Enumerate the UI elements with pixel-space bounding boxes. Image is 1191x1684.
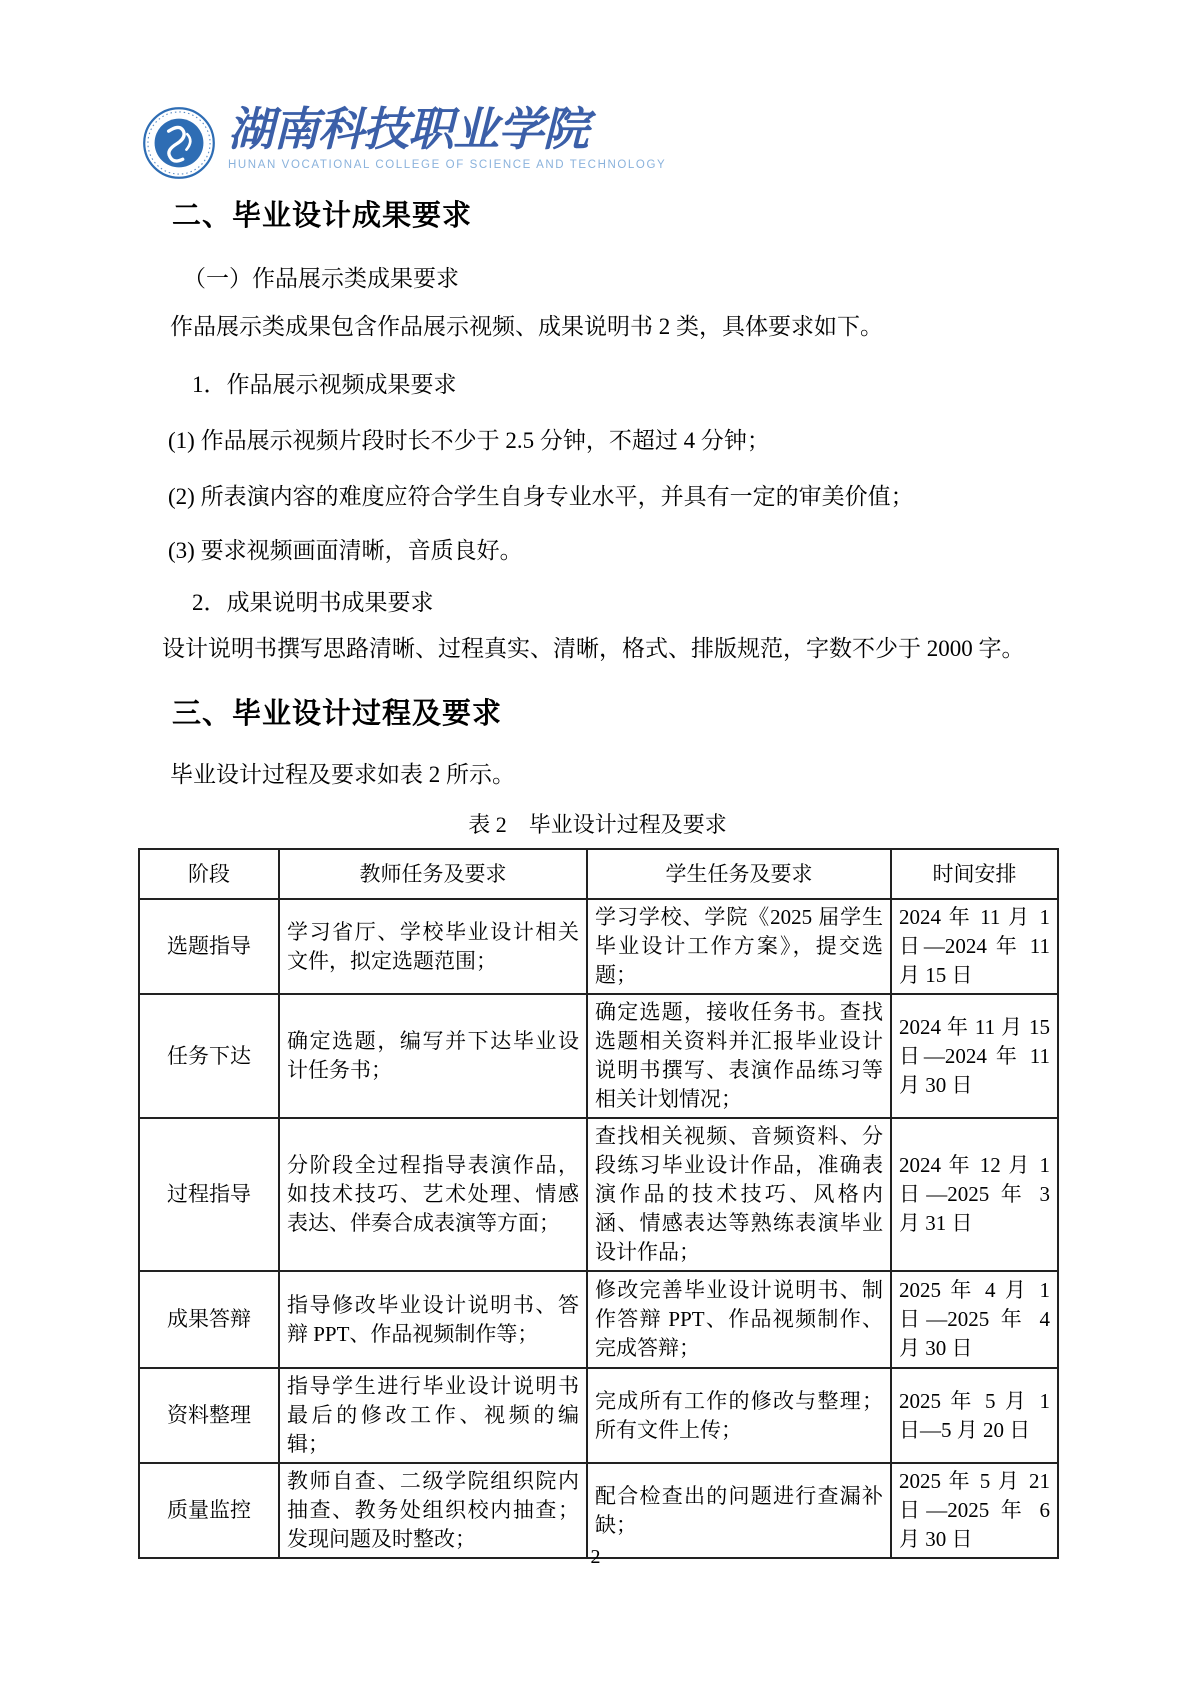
table-cell-student: 完成所有工作的修改与整理；所有文件上传； — [587, 1368, 891, 1463]
table-header-time: 时间安排 — [891, 849, 1058, 899]
table-cell-stage: 选题指导 — [139, 899, 279, 994]
subheading-display-results: （一）作品展示类成果要求 — [183, 264, 459, 294]
process-table: 阶段 教师任务及要求 学生任务及要求 时间安排 选题指导 学习省厅、学校毕业设计… — [138, 848, 1059, 1559]
table-header-student: 学生任务及要求 — [587, 849, 891, 899]
table-cell-student: 确定选题，接收任务书。查找选题相关资料并汇报毕业设计说明书撰写、表演作品练习等相… — [587, 994, 891, 1118]
table-row: 成果答辩 指导修改毕业设计说明书、答辩 PPT、作品视频制作等； 修改完善毕业设… — [139, 1271, 1058, 1368]
table-cell-stage: 任务下达 — [139, 994, 279, 1118]
table-cell-time: 2025 年 5 月 1 日—5 月 20 日 — [891, 1368, 1058, 1463]
table-cell-stage: 资料整理 — [139, 1368, 279, 1463]
table-cell-teacher: 教师自查、二级学院组织院内抽查、教务处组织校内抽查；发现问题及时整改； — [279, 1463, 587, 1558]
table-cell-time: 2025 年 4 月 1 日—2025 年 4 月 30 日 — [891, 1271, 1058, 1368]
table-cell-stage: 过程指导 — [139, 1118, 279, 1271]
paragraph-manual-requirements: 设计说明书撰写思路清晰、过程真实、清晰，格式、排版规范，字数不少于 2000 字… — [162, 634, 1067, 664]
table-cell-stage: 成果答辩 — [139, 1271, 279, 1368]
section-heading-process: 三、毕业设计过程及要求 — [172, 696, 502, 730]
table-cell-student: 查找相关视频、音频资料、分段练习毕业设计作品，准确表演作品的技术技巧、风格内涵、… — [587, 1118, 891, 1271]
table-cell-student: 学习学校、学院《2025 届学生毕业设计工作方案》，提交选题； — [587, 899, 891, 994]
table-cell-teacher: 确定选题，编写并下达毕业设计任务书； — [279, 994, 587, 1118]
item-video-requirements-title: 1．作品展示视频成果要求 — [192, 370, 457, 400]
list-item-video-2: (2) 所表演内容的难度应符合学生自身专业水平，并具有一定的审美价值； — [168, 482, 914, 512]
table-cell-time: 2024 年 11 月 15 日—2024 年 11 月 30 日 — [891, 994, 1058, 1118]
table-row: 过程指导 分阶段全过程指导表演作品，如技术技巧、艺术处理、情感表达、伴奏合成表演… — [139, 1118, 1058, 1271]
college-logo: 湖南科技职业学院 HUNAN VOCATIONAL COLLEGE OF SCI… — [125, 93, 595, 188]
table-cell-time: 2024 年 11 月 1 日—2024 年 11 月 15 日 — [891, 899, 1058, 994]
table-row: 资料整理 指导学生进行毕业设计说明书最后的修改工作、视频的编辑； 完成所有工作的… — [139, 1368, 1058, 1463]
paragraph-intro-process: 毕业设计过程及要求如表 2 所示。 — [170, 760, 515, 790]
list-item-video-1: (1) 作品展示视频片段时长不少于 2.5 分钟，不超过 4 分钟； — [168, 426, 770, 456]
table-row: 选题指导 学习省厅、学校毕业设计相关文件，拟定选题范围； 学习学校、学院《202… — [139, 899, 1058, 994]
table-cell-teacher: 指导修改毕业设计说明书、答辩 PPT、作品视频制作等； — [279, 1271, 587, 1368]
table-cell-stage: 质量监控 — [139, 1463, 279, 1558]
table-cell-teacher: 学习省厅、学校毕业设计相关文件，拟定选题范围； — [279, 899, 587, 994]
table-cell-teacher: 指导学生进行毕业设计说明书最后的修改工作、视频的编辑； — [279, 1368, 587, 1463]
table-cell-student: 修改完善毕业设计说明书、制作答辩 PPT、作品视频制作、完成答辩； — [587, 1271, 891, 1368]
table-row: 任务下达 确定选题，编写并下达毕业设计任务书； 确定选题，接收任务书。查找选题相… — [139, 994, 1058, 1118]
paragraph-intro-results: 作品展示类成果包含作品展示视频、成果说明书 2 类，具体要求如下。 — [170, 312, 883, 342]
table-cell-student: 配合检查出的问题进行查漏补缺； — [587, 1463, 891, 1558]
item-manual-requirements-title: 2．成果说明书成果要求 — [192, 588, 434, 618]
table-cell-time: 2024 年 12 月 1 日—2025 年 3 月 31 日 — [891, 1118, 1058, 1271]
document-page: 湖南科技职业学院 HUNAN VOCATIONAL COLLEGE OF SCI… — [0, 0, 1191, 1684]
table-header-teacher: 教师任务及要求 — [279, 849, 587, 899]
college-emblem-icon — [142, 106, 216, 180]
page-number: 2 — [0, 1546, 1191, 1569]
table-header-row: 阶段 教师任务及要求 学生任务及要求 时间安排 — [139, 849, 1058, 899]
table-caption: 表 2 毕业设计过程及要求 — [138, 808, 1057, 839]
table-row: 质量监控 教师自查、二级学院组织院内抽查、教务处组织校内抽查；发现问题及时整改；… — [139, 1463, 1058, 1558]
table-cell-time: 2025 年 5 月 21 日—2025 年 6 月 30 日 — [891, 1463, 1058, 1558]
section-heading-results: 二、毕业设计成果要求 — [172, 198, 472, 232]
college-name-en: HUNAN VOCATIONAL COLLEGE OF SCIENCE AND … — [228, 159, 588, 171]
table-header-stage: 阶段 — [139, 849, 279, 899]
college-name-zh: 湖南科技职业学院 — [228, 101, 588, 157]
table-cell-teacher: 分阶段全过程指导表演作品，如技术技巧、艺术处理、情感表达、伴奏合成表演等方面； — [279, 1118, 587, 1271]
list-item-video-3: (3) 要求视频画面清晰，音质良好。 — [168, 536, 523, 566]
